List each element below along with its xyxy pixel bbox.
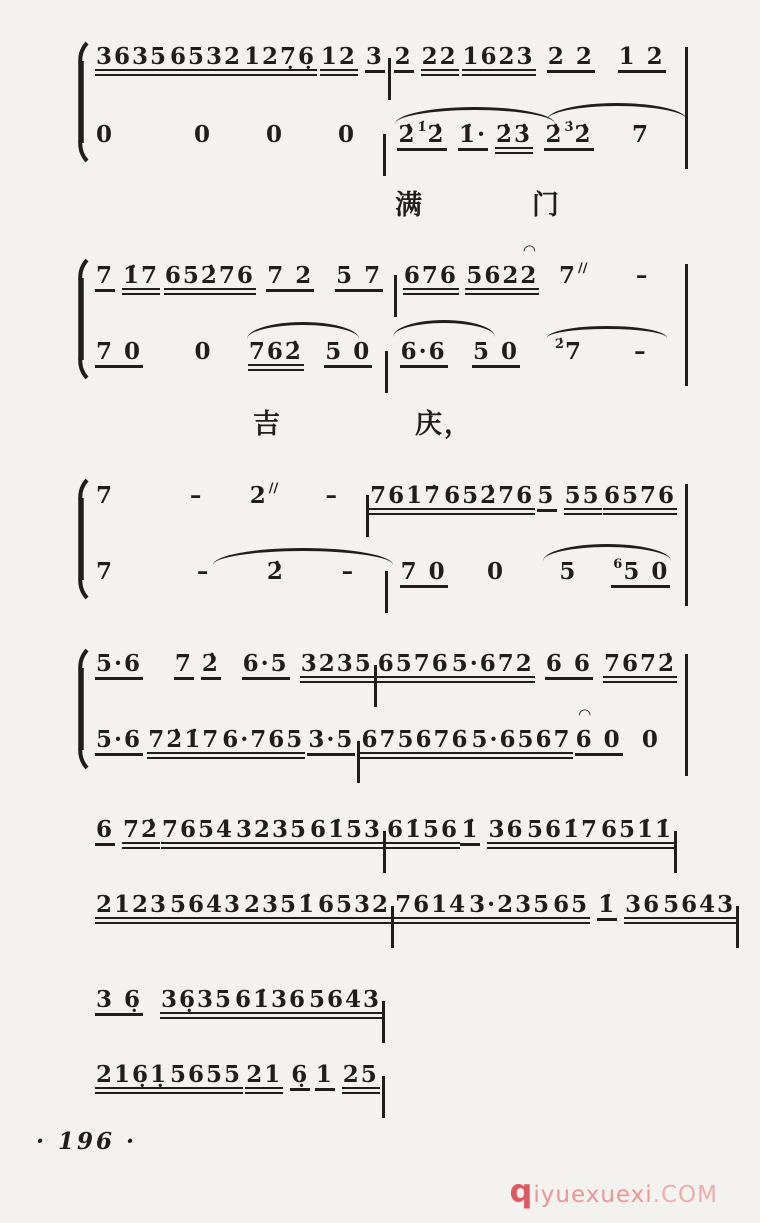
note-group: 5643 <box>169 893 243 924</box>
beat-group: 5 <box>532 560 604 583</box>
voice-row: 5·672̇1̇76·7653·56756765·65676 00 <box>95 728 687 774</box>
beat-group: 127̣6̣ <box>243 45 317 76</box>
slur-arc <box>393 320 495 337</box>
barline <box>385 571 388 613</box>
music-system: 7–2∕∕–7617̇652̇7655565767–2̇–7 00565 0 <box>95 482 687 604</box>
note-group: 1̇· <box>458 123 488 151</box>
note-group: 12 <box>320 45 358 76</box>
barline <box>736 906 739 948</box>
barline <box>388 58 391 100</box>
slur-arc <box>547 103 687 120</box>
system-brace-glyph <box>73 41 91 163</box>
note-group: 561̇7 <box>526 818 600 849</box>
barline <box>366 495 369 537</box>
note-group: 7 <box>95 560 115 583</box>
barline <box>383 134 386 176</box>
watermark-logo-q: q <box>510 1172 534 1210</box>
slur-arc <box>547 326 667 338</box>
beat-group: 651̇36 <box>552 893 662 924</box>
beat-group: 7 <box>95 560 167 583</box>
grace-note: 2̇ <box>555 337 564 352</box>
note-group: 6 6 <box>545 652 593 680</box>
note-group: 72̇1̇7 <box>147 728 221 759</box>
barline <box>385 351 388 393</box>
note-group: 1̇7 <box>122 264 160 295</box>
beat-group: 7654 <box>161 818 235 849</box>
beat-group: 762̇ <box>240 340 312 371</box>
music-system: 3 6̣36̣3561̇365643 <box>95 988 395 1034</box>
note-group: 0 <box>95 123 115 146</box>
beat-group: 123 <box>317 45 388 76</box>
note-group: – <box>324 484 340 507</box>
note-group: 0 <box>265 123 285 146</box>
beat-group: 0 <box>460 560 532 583</box>
note-group: 2123 <box>95 893 169 924</box>
music-system: 216̣1̣5655216̣125 <box>95 1063 395 1109</box>
beat-group: 7 <box>95 484 163 507</box>
grace-note: ∕∕ <box>578 261 588 276</box>
note-group: 25 <box>342 1063 380 1094</box>
note-group: 652̇76 <box>164 264 256 295</box>
beat-group: 216̣ <box>243 1063 312 1094</box>
beat-group: 1 2 <box>606 45 677 73</box>
note-group: 5 <box>537 484 557 512</box>
beat-group: 72̇ <box>163 652 231 680</box>
note-group: 36 <box>487 818 525 849</box>
voice-row: 216̣1̣5655216̣125 <box>95 1063 395 1109</box>
music-system: 71̇7652̇767 25 767656227∕∕–7 00762̇5 06·… <box>95 262 687 384</box>
note-group: 3235 <box>300 652 374 683</box>
note-group: 762̇ <box>248 340 304 371</box>
note-group: 7 2 <box>266 264 314 292</box>
note-group: 65 0 <box>611 558 670 588</box>
beat-group: 5 0 <box>460 340 532 368</box>
barline <box>382 1001 385 1043</box>
beat-group: 7617̇ <box>369 484 443 515</box>
note-group: 3 6̣ <box>95 988 143 1016</box>
system-end-barline <box>685 47 688 169</box>
beat-group: 5 0 <box>312 340 384 368</box>
note-group: 651̇1̇ <box>600 818 674 849</box>
note-group: 5·6 <box>95 728 143 756</box>
system-end-barline <box>685 654 688 776</box>
lyric-text: 庆， <box>415 402 473 441</box>
beat-group: 5643 <box>169 893 243 924</box>
note-group: 5622 <box>465 264 539 295</box>
note-group: 6 0 <box>575 728 623 756</box>
beat-group: 0 <box>167 123 239 146</box>
lyric-text: 满 <box>395 183 424 222</box>
note-group: 61̇53 <box>309 818 383 849</box>
note-group: 7∕∕ <box>558 262 590 287</box>
note-group: – <box>635 264 651 287</box>
beat-group: 1623 <box>462 45 536 76</box>
note-group: 2̇ <box>201 652 221 680</box>
barline <box>674 831 677 873</box>
note-group: 5 0 <box>472 340 520 368</box>
music-system: 212356432351̇653276143·235651̇365643 <box>95 893 687 939</box>
beat-group: 71̇7 <box>95 264 164 295</box>
note-group: 3235 <box>235 818 309 849</box>
fermata-note: 6 <box>576 726 594 753</box>
note-group: 1̇ <box>460 818 480 846</box>
watermark: qiyuexuexi.COM <box>510 1172 719 1210</box>
note-group: 22 <box>421 45 459 76</box>
note-group: 6532 <box>317 893 391 924</box>
note-group: 2 <box>394 45 414 73</box>
slur-arc <box>247 322 359 339</box>
beat-group: 2123 <box>95 893 169 924</box>
note-group: 5643 <box>308 988 382 1019</box>
barline <box>391 906 394 948</box>
note-group: 5 <box>558 560 578 583</box>
beat-group: 6532 <box>317 893 391 924</box>
beat-group: 676 <box>397 264 466 295</box>
note-group: 2̇7 <box>553 338 584 363</box>
beat-group: 3·235 <box>468 893 552 924</box>
beat-group: – <box>298 484 366 507</box>
note-group: 675676 <box>360 728 470 759</box>
note-group: – <box>196 560 212 583</box>
grace-note: 3̇ <box>565 120 574 135</box>
beat-group: 0 <box>311 123 383 146</box>
beat-group: 3·5 <box>305 728 357 756</box>
note-group: 2351̇ <box>243 893 317 924</box>
voice-row: 672̇7654323561̇5361̇561̇36561̇7651̇1̇ <box>95 818 687 864</box>
music-system: 672̇7654323561̇5361̇561̇36561̇7651̇1̇ <box>95 818 687 864</box>
beat-group: 7614 <box>394 893 468 924</box>
note-group: 7617̇ <box>369 484 443 515</box>
note-group: 0 <box>193 123 213 146</box>
note-group: 6 <box>95 818 115 846</box>
beat-group: 672̇ <box>95 818 161 849</box>
beat-group: 0 <box>95 123 167 146</box>
note-group: 6·5 <box>242 652 290 680</box>
note-group: 7 <box>95 264 115 292</box>
beat-group: 7672̇ <box>603 652 677 683</box>
beat-group: 3235 <box>300 652 374 683</box>
voice-row: 3 6̣36̣3561̇365643 <box>95 988 395 1034</box>
note-group: 652̇76 <box>443 484 535 515</box>
note-group: 6576 <box>603 484 677 515</box>
voice-row: 71̇7652̇767 25 767656227∕∕– <box>95 262 687 308</box>
beat-group: – <box>605 340 677 363</box>
music-system: 36356532127̣6̣12322216232 21 200002̇1̇2̇… <box>95 45 687 167</box>
note-group: 65 <box>552 893 590 924</box>
voice-row: 00002̇1̇2̇1̇·2̇3̇2̇3̇2̇7 <box>95 121 687 167</box>
beat-group: 5·6567 <box>471 728 573 759</box>
note-group: – <box>633 340 649 363</box>
barline <box>374 665 377 707</box>
note-group: 7654 <box>161 818 235 849</box>
note-group: 676 <box>403 264 459 295</box>
system-brace-glyph <box>73 478 91 600</box>
note-group: 5 0 <box>324 340 372 368</box>
system-end-barline <box>685 484 688 606</box>
beat-group: 0 <box>167 340 239 363</box>
sheet-music-page: 36356532127̣6̣12322216232 21 200002̇1̇2̇… <box>0 0 760 1223</box>
system-end-barline <box>685 264 688 386</box>
system-brace <box>73 478 91 604</box>
beat-group: 0 <box>625 728 677 751</box>
beat-group: 5643 <box>308 988 382 1019</box>
beat-group: 6 0 <box>573 728 625 756</box>
beat-group: 216̣1̣ <box>95 1063 169 1094</box>
beat-group: 7 0 <box>95 340 167 368</box>
music-system: 5·672̇6·5323565765·6726 67672̇5·672̇1̇76… <box>95 652 687 774</box>
system-brace-glyph <box>73 258 91 380</box>
beat-group: 2̇3̇2̇ <box>533 121 605 151</box>
beat-group: 6576 <box>603 484 677 515</box>
note-group: 127̣6̣ <box>243 45 317 76</box>
note-group: 6·6 <box>400 340 448 368</box>
beat-group: 1̇36 <box>460 818 526 849</box>
beat-group: 675676 <box>360 728 470 759</box>
lyric-text: 吉 <box>253 402 282 441</box>
beat-group: 5643 <box>662 893 736 924</box>
beat-group: 65 0 <box>605 558 677 588</box>
beat-group: 5·672 <box>451 652 535 683</box>
beat-group: 2̇7 <box>532 338 604 363</box>
note-group: 1̇ <box>597 893 617 921</box>
beat-group: 651̇1̇ <box>600 818 674 849</box>
note-group: 3 <box>365 45 385 73</box>
note-group: 5·6 <box>95 652 143 680</box>
voice-row: 7 00762̇5 06·65 02̇7– <box>95 338 687 384</box>
beat-group: 5·6 <box>95 728 147 756</box>
voice-row: 36356532127̣6̣12322216232 21 2 <box>95 45 687 91</box>
beat-group: 555 <box>535 484 603 515</box>
beat-group: 7 2 <box>256 264 325 292</box>
note-group: 61̇56 <box>386 818 460 849</box>
note-group: 6̣ <box>290 1063 310 1091</box>
note-group: 5·672 <box>451 652 535 683</box>
note-group: 72̇ <box>122 818 160 849</box>
note-group: 7 0 <box>400 560 448 588</box>
voice-row: 5·672̇6·5323565765·6726 67672̇ <box>95 652 687 698</box>
beat-group: 5622 <box>465 264 539 295</box>
system-brace <box>73 41 91 167</box>
note-group: 61̇36 <box>234 988 308 1019</box>
note-group: 5 7 <box>335 264 383 292</box>
note-group: 1 <box>315 1063 335 1091</box>
system-brace <box>73 258 91 384</box>
watermark-body: iyuexuexi <box>533 1182 652 1208</box>
beat-group: 6532 <box>169 45 243 76</box>
slur-arc <box>395 107 555 124</box>
beat-group: – <box>608 264 677 287</box>
beat-group: 7 0 <box>388 560 460 588</box>
beat-group: 5 7 <box>325 264 394 292</box>
note-group: 6532 <box>169 45 243 76</box>
note-group: 3635 <box>95 45 169 76</box>
note-group: 2̇3̇2̇ <box>544 121 593 151</box>
note-group: 3·235 <box>468 893 552 924</box>
beat-group: 3635 <box>95 45 169 76</box>
beat-group: 222 <box>391 45 462 76</box>
beat-group: 2̇1̇2̇ <box>386 121 458 151</box>
beat-group: 6·765 <box>221 728 305 759</box>
note-group: 0 <box>486 560 506 583</box>
beat-group: 5·6 <box>95 652 163 680</box>
beat-group: 3 6̣ <box>95 988 160 1016</box>
note-group: 1623 <box>462 45 536 76</box>
beat-group: 2 2 <box>536 45 607 73</box>
note-group: 2∕∕ <box>249 482 281 507</box>
note-group: – <box>189 484 205 507</box>
beat-group: 72̇1̇7 <box>147 728 221 759</box>
voice-row: 7–2∕∕–7617̇652̇765556576 <box>95 482 687 528</box>
note-group: 7 <box>174 652 194 680</box>
beat-group: 125 <box>313 1063 382 1094</box>
voice-row: 212356432351̇653276143·235651̇365643 <box>95 893 687 939</box>
note-group: 36 <box>624 893 662 924</box>
note-group: 6576 <box>377 652 451 683</box>
fermata-note: 2 <box>520 262 538 289</box>
page-number: · 196 · <box>36 1128 137 1155</box>
beat-group: 2∕∕ <box>231 482 299 507</box>
beat-group: 7∕∕ <box>539 262 608 287</box>
note-group: 5655 <box>169 1063 243 1094</box>
beat-group: 5655 <box>169 1063 243 1094</box>
note-group: 3·5 <box>307 728 355 756</box>
note-group: 36̣35 <box>160 988 234 1019</box>
system-brace <box>73 648 91 774</box>
system-brace-glyph <box>73 648 91 770</box>
note-group: 2 2 <box>547 45 595 73</box>
beat-group: – <box>163 484 231 507</box>
note-group: 0 <box>337 123 357 146</box>
note-group: 5·6567 <box>471 728 573 759</box>
barline <box>394 275 397 317</box>
beat-group: 3235 <box>235 818 309 849</box>
barline <box>357 741 360 783</box>
grace-note: ∕∕ <box>269 481 279 496</box>
note-group: 7 <box>95 484 115 507</box>
beat-group: 561̇7 <box>526 818 600 849</box>
note-group: 7 0 <box>95 340 143 368</box>
beat-group: 6576 <box>377 652 451 683</box>
note-group: 216̣1̣ <box>95 1063 169 1094</box>
beat-group: 0 <box>239 123 311 146</box>
note-group: 7672̇ <box>603 652 677 683</box>
lyric-text: 门 <box>532 183 561 222</box>
note-group: 7 <box>631 123 651 146</box>
note-group: 0 <box>641 728 661 751</box>
beat-group: 1̇·2̇3̇ <box>458 123 533 154</box>
beat-group: 2351̇ <box>243 893 317 924</box>
slur-arc <box>543 544 671 561</box>
note-group: 6·765 <box>221 728 305 759</box>
beat-group: 61̇56 <box>386 818 460 849</box>
barline <box>382 1076 385 1118</box>
note-group: 1 2 <box>618 45 666 73</box>
beat-group: 36̣35 <box>160 988 234 1019</box>
note-group: 55 <box>564 484 602 515</box>
beat-group: 652̇76 <box>164 264 256 295</box>
note-group: 21 <box>245 1063 283 1094</box>
note-group: 7614 <box>394 893 468 924</box>
beat-group: 61̇53 <box>309 818 383 849</box>
note-group: 2̇3̇ <box>495 123 533 154</box>
note-group: 0 <box>194 340 214 363</box>
note-group: 5643 <box>662 893 736 924</box>
beat-group: 61̇36 <box>234 988 308 1019</box>
watermark-suffix: .COM <box>653 1182 718 1208</box>
beat-group: 7 <box>605 123 677 146</box>
beat-group: 652̇76 <box>443 484 535 515</box>
beat-group: 6 6 <box>535 652 603 680</box>
beat-group: 6·5 <box>231 652 299 680</box>
barline <box>383 831 386 873</box>
note-group: 2̇1̇2̇ <box>397 121 446 151</box>
beat-group: 6·6 <box>388 340 460 368</box>
slur-arc <box>213 548 393 565</box>
